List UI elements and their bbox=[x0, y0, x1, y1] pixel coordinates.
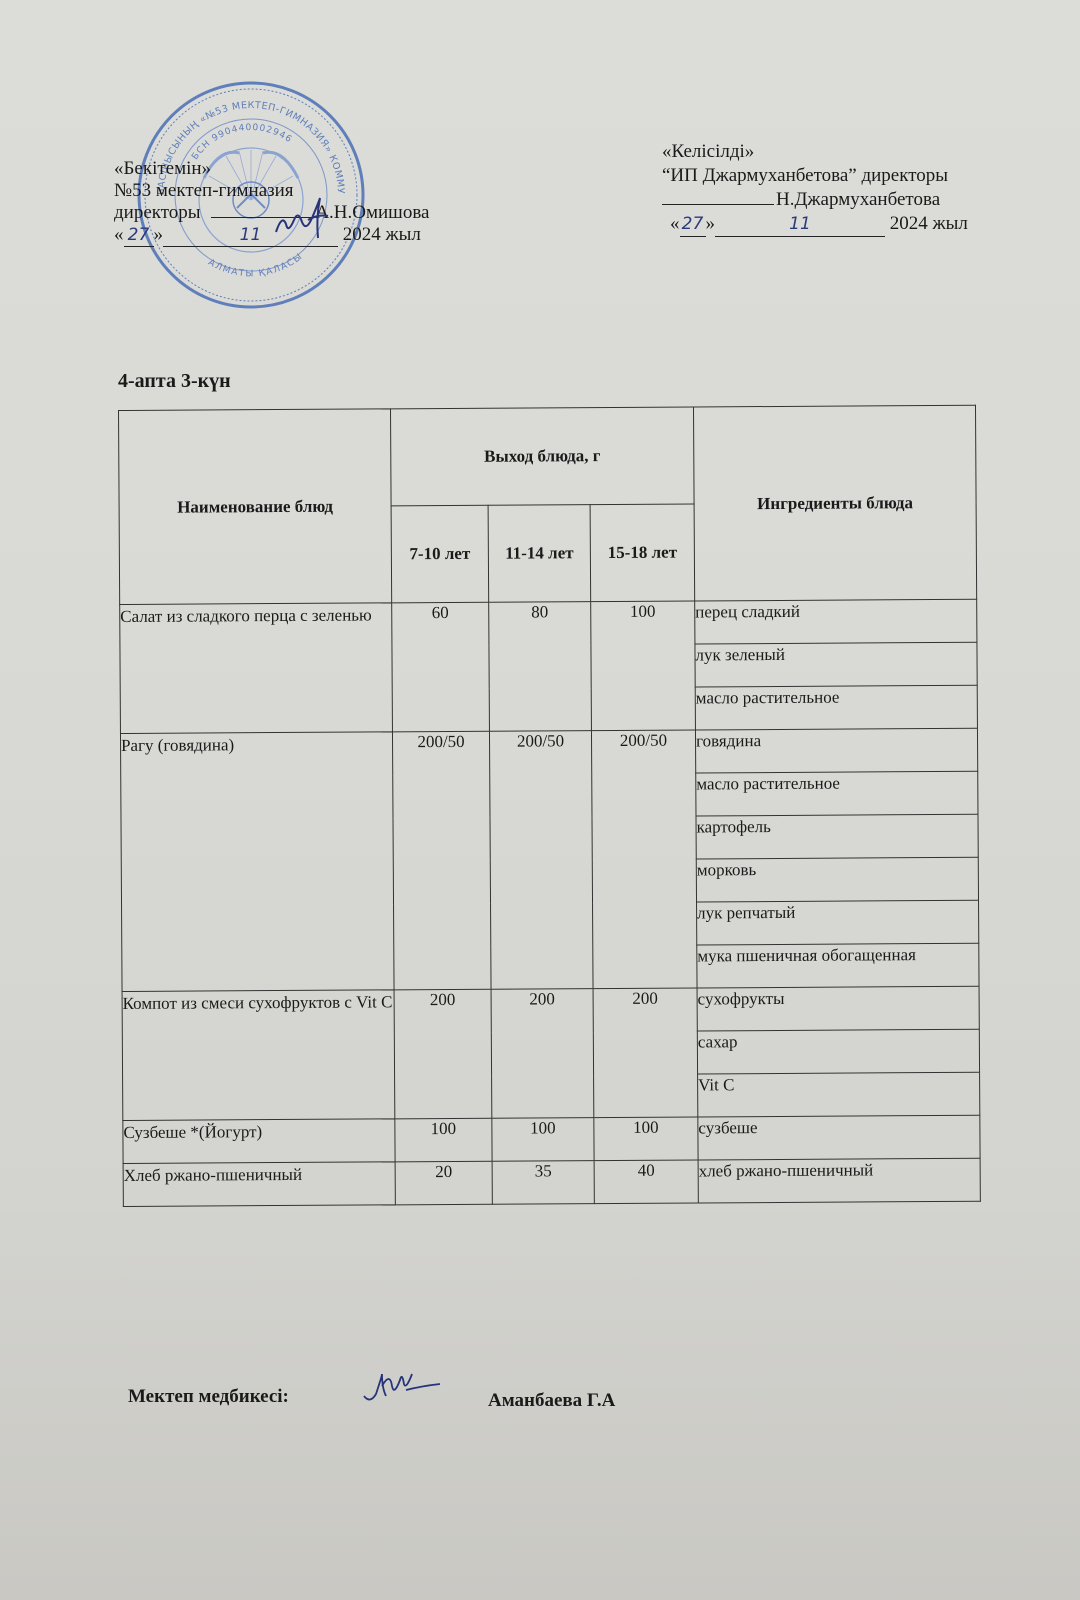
menu-table: Наименование блюд Выход блюда, г Ингреди… bbox=[118, 405, 981, 1207]
nurse-signature-block: Мектеп медбикесі: Аманбаева Г.А bbox=[128, 1386, 289, 1408]
page-title: 4-апта 3-күн bbox=[118, 370, 231, 393]
approval-year: 2024 жыл bbox=[343, 224, 421, 245]
dish-yield: 200 bbox=[593, 988, 698, 1118]
signature-line bbox=[662, 204, 774, 205]
dish-yield: 20 bbox=[395, 1161, 492, 1205]
agreement-title: «Келісілді» bbox=[662, 140, 968, 164]
ingredient-cell: лук зеленый bbox=[695, 642, 977, 687]
dish-name: Сузбеше *(Йогурт) bbox=[123, 1119, 395, 1164]
dish-name: Салат из сладкого перца с зеленью bbox=[120, 603, 393, 734]
ingredient-cell: масло растительное bbox=[696, 771, 978, 816]
ingredient-cell: мука пшеничная обогащенная bbox=[697, 943, 979, 988]
approval-title: «Бекітемін» bbox=[114, 158, 429, 180]
table-row: Хлеб ржано-пшеничный203540хлеб ржано-пше… bbox=[123, 1158, 980, 1206]
header-dish-name: Наименование блюд bbox=[119, 409, 392, 605]
header-age-7-10: 7-10 лет bbox=[391, 505, 489, 603]
ingredient-cell: хлеб ржано-пшеничный bbox=[698, 1158, 980, 1203]
ingredient-cell: сахар bbox=[697, 1029, 979, 1074]
dish-yield: 200 bbox=[491, 989, 594, 1119]
nurse-signature-icon bbox=[360, 1368, 444, 1408]
dish-yield: 200/50 bbox=[591, 730, 697, 989]
dish-yield: 200/50 bbox=[392, 731, 491, 990]
dish-yield: 100 bbox=[594, 1117, 698, 1161]
document-page: БАСШЫСЫНЫҢ «№53 МЕКТЕП-ГИМНАЗИЯ» КОММУНА… bbox=[0, 0, 1080, 1600]
dish-yield: 40 bbox=[594, 1160, 698, 1204]
ingredient-cell: говядина bbox=[695, 728, 977, 773]
ingredient-cell: перец сладкий bbox=[695, 599, 977, 644]
agreement-month: 11 bbox=[715, 212, 885, 237]
agreement-day: 27 bbox=[680, 212, 706, 237]
nurse-name: Аманбаева Г.А bbox=[488, 1390, 615, 1412]
dish-yield: 100 bbox=[591, 601, 696, 731]
agreement-block: «Келісілді» “ИП Джармуханбетова” директо… bbox=[662, 140, 968, 237]
approval-role: директоры bbox=[114, 202, 201, 223]
header-age-15-18: 15-18 лет bbox=[590, 504, 695, 602]
ingredient-cell: картофель bbox=[696, 814, 978, 859]
dish-yield: 80 bbox=[489, 602, 592, 732]
ingredient-cell: сузбеше bbox=[698, 1115, 980, 1160]
nurse-label: Мектеп медбикесі: bbox=[128, 1386, 289, 1407]
dish-yield: 100 bbox=[492, 1118, 594, 1162]
dish-yield: 200/50 bbox=[489, 731, 593, 990]
header-age-11-14: 11-14 лет bbox=[488, 505, 591, 603]
ingredient-cell: Vit C bbox=[698, 1072, 980, 1117]
dish-yield: 35 bbox=[492, 1161, 594, 1205]
director-signature-icon bbox=[268, 190, 338, 260]
ingredient-cell: лук репчатый bbox=[697, 900, 979, 945]
dish-name: Рагу (говядина) bbox=[120, 732, 394, 992]
dish-yield: 100 bbox=[395, 1118, 492, 1162]
header-yield: Выход блюда, г bbox=[390, 407, 694, 506]
agreement-org: “ИП Джармуханбетова” директоры bbox=[662, 164, 968, 188]
table-row: Компот из смеси сухофруктов с Vit C20020… bbox=[122, 986, 979, 1034]
ingredient-cell: сухофрукты bbox=[697, 986, 979, 1031]
agreement-name: Н.Джармуханбетова bbox=[776, 189, 940, 210]
dish-name: Хлеб ржано-пшеничный bbox=[123, 1162, 395, 1207]
dish-name: Компот из смеси сухофруктов с Vit C bbox=[122, 990, 395, 1121]
dish-yield: 200 bbox=[394, 989, 492, 1119]
table-row: Рагу (говядина)200/50200/50200/50говядин… bbox=[120, 728, 977, 776]
header-ingredients: Ингредиенты блюда bbox=[693, 405, 976, 601]
approval-day: 27 bbox=[124, 224, 154, 247]
ingredient-cell: морковь bbox=[696, 857, 978, 902]
ingredient-cell: масло растительное bbox=[695, 685, 977, 730]
agreement-year: 2024 жыл bbox=[890, 213, 968, 234]
dish-yield: 60 bbox=[392, 602, 490, 732]
table-row: Сузбеше *(Йогурт)100100100сузбеше bbox=[123, 1115, 980, 1163]
table-row: Салат из сладкого перца с зеленью6080100… bbox=[120, 599, 977, 647]
